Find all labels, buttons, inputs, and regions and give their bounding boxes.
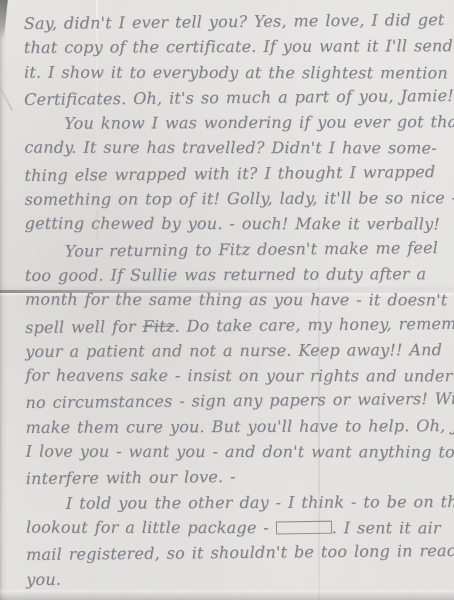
letter-line: for heavens sake - insist on your rights… bbox=[25, 363, 442, 389]
letter-line: Certificates. Oh, it's so much a part of… bbox=[24, 83, 441, 112]
letter-line: too good. If Sullie was returned to duty… bbox=[25, 261, 442, 288]
letter-line: You know I was wondering if you ever got… bbox=[24, 109, 441, 136]
letter-line: something on top of it! Golly, lady, it'… bbox=[25, 185, 442, 212]
letter-line: thing else wrapped with it? I thought I … bbox=[24, 159, 441, 188]
letter-line: that copy of the certificate. If you wan… bbox=[24, 33, 441, 60]
hand-drawn-empty-box bbox=[276, 521, 332, 535]
letter-line-text: . Do take care, my honey, remember bbox=[174, 313, 454, 335]
struck-word: Fitz bbox=[143, 316, 175, 335]
letter-line: you. bbox=[26, 565, 443, 592]
letter-line: I told you the other day - I think - to … bbox=[26, 489, 443, 516]
letter-line: Your returning to Fitz doesn't make me f… bbox=[25, 235, 442, 264]
letter-line: Say, didn't I ever tell you? Yes, me lov… bbox=[24, 7, 441, 36]
letter-page: Say, didn't I ever tell you? Yes, me lov… bbox=[0, 0, 454, 600]
scan-corner-mark bbox=[0, 0, 8, 40]
letter-line-text: . I sent it air bbox=[332, 518, 441, 537]
letter-line: getting chewed by you. - ouch! Make it v… bbox=[25, 211, 442, 237]
letter-line: it. I show it to everybody at the slight… bbox=[24, 59, 441, 85]
letter-line: spell well for Fitz. Do take care, my ho… bbox=[25, 311, 442, 340]
letter-line: make them cure you. But you'll have to h… bbox=[25, 413, 442, 440]
letter-line: mail registered, so it shouldn't be too … bbox=[26, 538, 443, 567]
letter-line-text: spell well for bbox=[25, 316, 143, 336]
letter-line: candy. It sure has travelled? Didn't I h… bbox=[24, 135, 441, 161]
letter-line-text: lookout for a little package - bbox=[26, 518, 276, 537]
letter-line: no circumstances - sign any papers or wa… bbox=[25, 386, 442, 415]
letter-line: your a patient and not a nurse. Keep awa… bbox=[25, 337, 442, 364]
letter-line: interfere with our love. - bbox=[26, 462, 443, 491]
letter-line: lookout for a little package - . I sent … bbox=[26, 515, 443, 541]
letter-line: I love you - want you - and don't want a… bbox=[26, 439, 443, 465]
letter-line: month for the same thing as you have - i… bbox=[25, 287, 442, 313]
letter-body: Say, didn't I ever tell you? Yes, me lov… bbox=[24, 8, 444, 592]
